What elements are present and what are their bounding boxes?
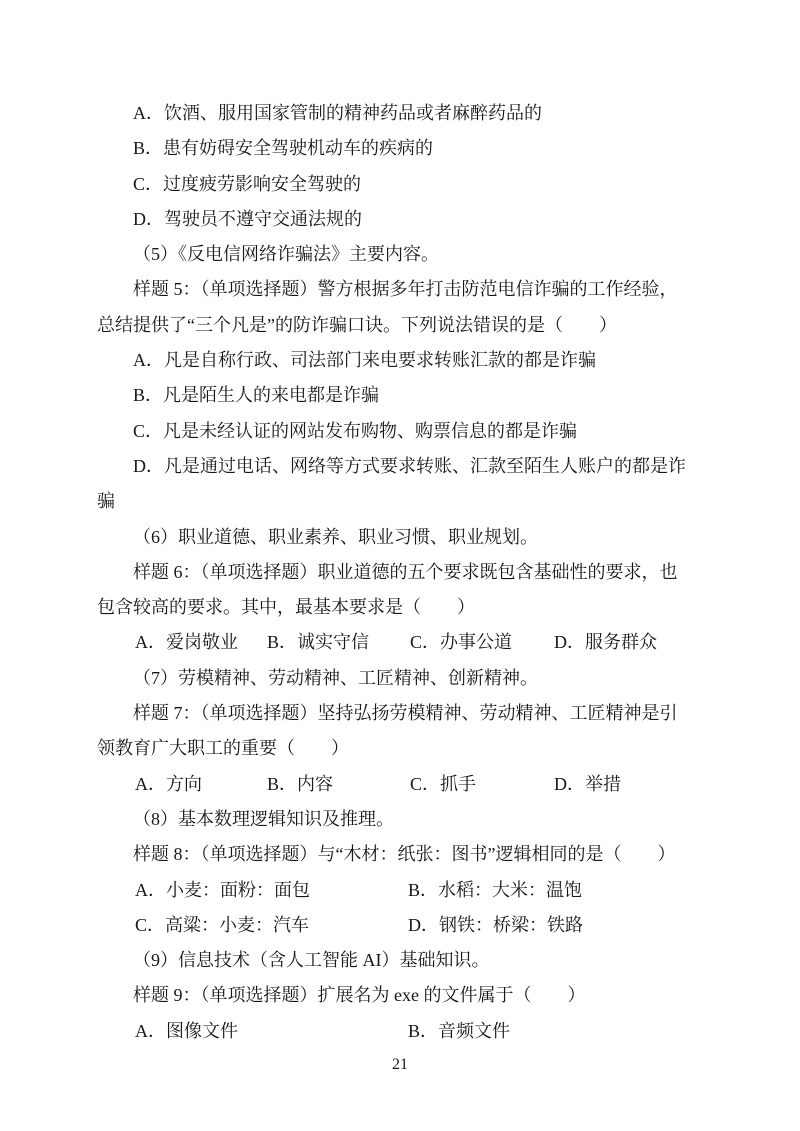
option-line-a: A．饮酒、服用国家管制的精神药品或者麻醉药品的 <box>97 96 713 131</box>
option-line-c: C．过度疲劳影响安全驾驶的 <box>97 167 713 202</box>
topic-item-6: （6）职业道德、职业素养、职业习惯、职业规划。 <box>97 520 713 555</box>
sample-question-7-line-2: 领教育广大职工的重要（ ） <box>97 731 713 766</box>
option-line-d: D．驾驶员不遵守交通法规的 <box>97 202 713 237</box>
sample-question-9: 样题 9：（单项选择题）扩展名为 exe 的文件属于（ ） <box>97 978 713 1013</box>
topic-item-8: （8）基本数理逻辑知识及推理。 <box>97 802 713 837</box>
page-number: 21 <box>0 1053 800 1077</box>
q6-option-d: D．服务群众 <box>554 625 657 660</box>
q6-options-row: A．爱岗敬业 B．诚实守信 C．办事公道 D．服务群众 <box>97 625 713 660</box>
option-line-b: B．患有妨碍安全驾驶机动车的疾病的 <box>97 131 713 166</box>
q5-option-d-line-2: 骗 <box>97 484 713 519</box>
topic-item-9: （9）信息技术（含人工智能 AI）基础知识。 <box>97 943 713 978</box>
q9-option-b: B．音频文件 <box>408 1014 510 1049</box>
q5-option-a: A．凡是自称行政、司法部门来电要求转账汇款的都是诈骗 <box>97 343 713 378</box>
sample-question-6-line-1: 样题 6：（单项选择题）职业道德的五个要求既包含基础性的要求，也 <box>97 555 713 590</box>
topic-item-7: （7）劳模精神、劳动精神、工匠精神、创新精神。 <box>97 661 713 696</box>
document-page: A．饮酒、服用国家管制的精神药品或者麻醉药品的 B．患有妨碍安全驾驶机动车的疾病… <box>0 0 800 1131</box>
q8-options-row-1: A．小麦：面粉：面包 B．水稻：大米：温饱 <box>97 873 713 908</box>
q5-option-d-line-1: D．凡是通过电话、网络等方式要求转账、汇款至陌生人账户的都是诈 <box>97 449 713 484</box>
q8-option-c: C．高粱：小麦：汽车 <box>135 908 309 943</box>
q8-option-d: D．钢铁：桥梁：铁路 <box>408 908 583 943</box>
q5-option-c: C．凡是未经认证的网站发布购物、购票信息的都是诈骗 <box>97 414 713 449</box>
q7-option-c: C．抓手 <box>410 767 476 802</box>
q7-option-b: B．内容 <box>267 767 333 802</box>
q8-option-a: A．小麦：面粉：面包 <box>135 873 310 908</box>
q7-option-d: D．举措 <box>554 767 621 802</box>
sample-question-7-line-1: 样题 7：（单项选择题）坚持弘扬劳模精神、劳动精神、工匠精神是引 <box>97 696 713 731</box>
q5-option-b: B．凡是陌生人的来电都是诈骗 <box>97 378 713 413</box>
sample-question-5-line-2: 总结提供了“三个凡是”的防诈骗口诀。下列说法错误的是（ ） <box>97 308 713 343</box>
q7-options-row: A．方向 B．内容 C．抓手 D．举措 <box>97 767 713 802</box>
q6-option-c: C．办事公道 <box>410 625 512 660</box>
page-body: A．饮酒、服用国家管制的精神药品或者麻醉药品的 B．患有妨碍安全驾驶机动车的疾病… <box>97 96 713 1049</box>
q8-option-b: B．水稻：大米：温饱 <box>408 873 582 908</box>
sample-question-6-line-2: 包含较高的要求。其中，最基本要求是（ ） <box>97 590 713 625</box>
q6-option-b: B．诚实守信 <box>267 625 369 660</box>
q8-options-row-2: C．高粱：小麦：汽车 D．钢铁：桥梁：铁路 <box>97 908 713 943</box>
q6-option-a: A．爱岗敬业 <box>135 625 238 660</box>
q9-options-row: A．图像文件 B．音频文件 <box>97 1014 713 1049</box>
topic-item-5: （5）《反电信网络诈骗法》主要内容。 <box>97 237 713 272</box>
q7-option-a: A．方向 <box>135 767 202 802</box>
q9-option-a: A．图像文件 <box>135 1014 238 1049</box>
sample-question-8: 样题 8：（单项选择题）与“木材：纸张：图书”逻辑相同的是（ ） <box>97 837 713 872</box>
sample-question-5-line-1: 样题 5：（单项选择题）警方根据多年打击防范电信诈骗的工作经验， <box>97 272 713 307</box>
